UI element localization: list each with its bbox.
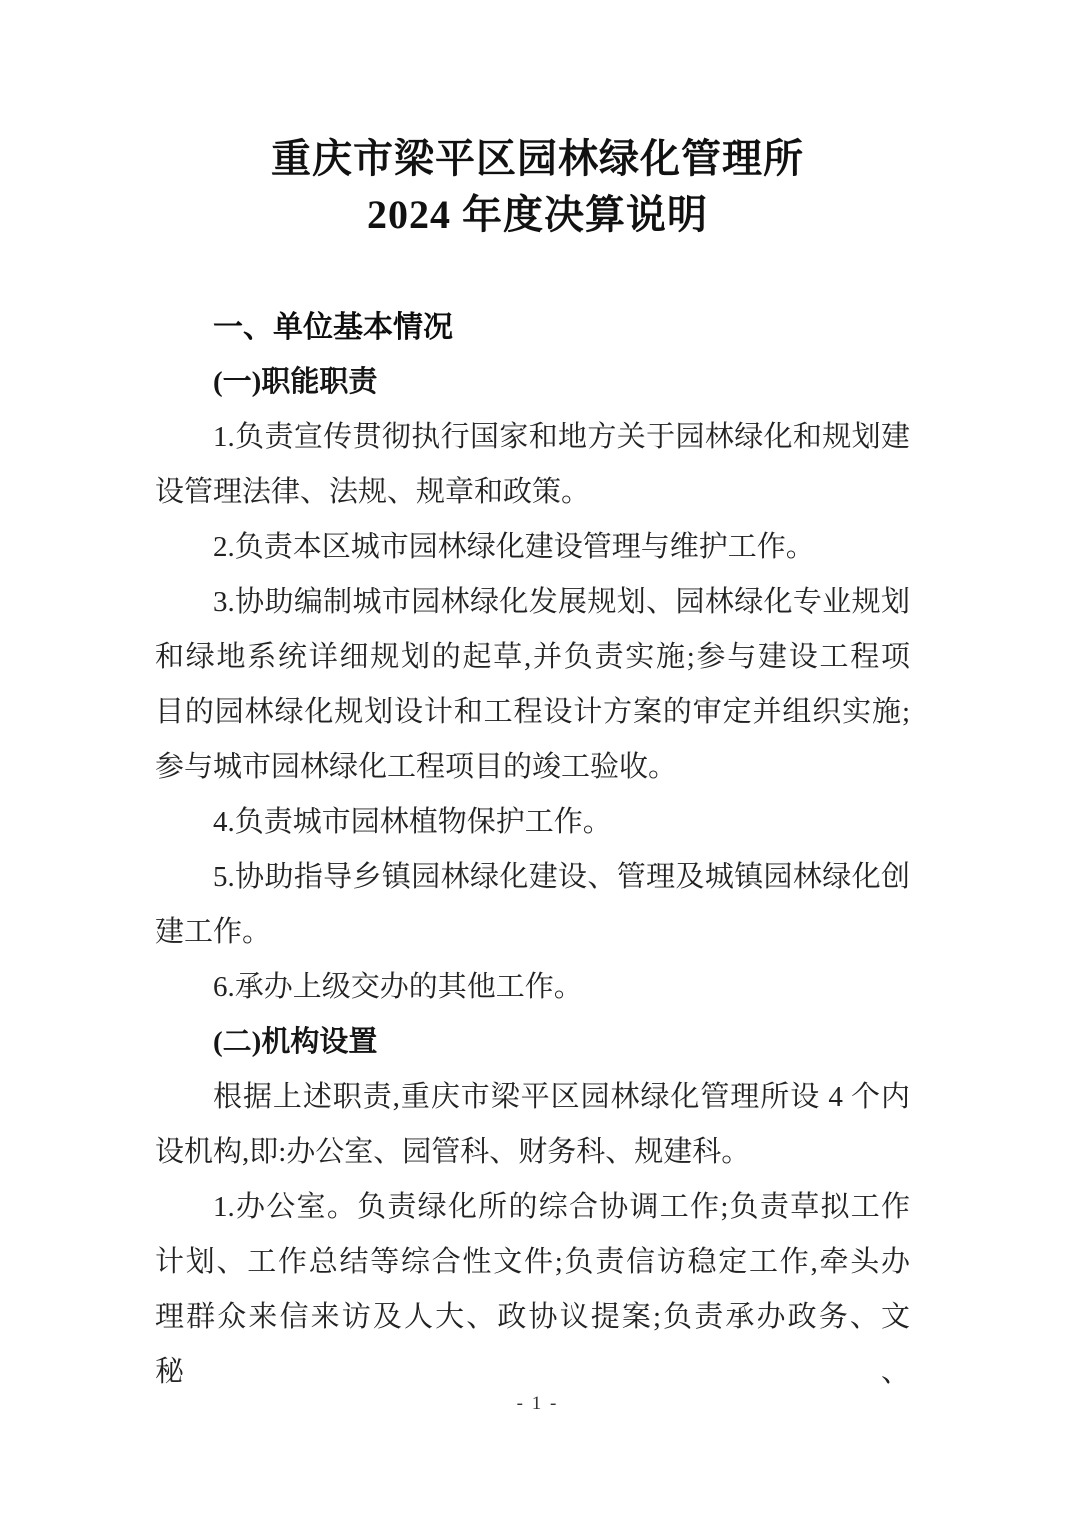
section-heading: (二)机构设置 (155, 1015, 910, 1070)
paragraph: 2.负责本区城市园林绿化建设管理与维护工作。 (155, 520, 910, 575)
document-body: 一、单位基本情况(一)职能职责1.负责宣传贯彻执行国家和地方关于园林绿化和规划建… (155, 300, 910, 1400)
text-line: (一)职能职责 (155, 355, 910, 410)
page-number: - 1 - (0, 1393, 1075, 1415)
paragraph: 3.协助编制城市园林绿化发展规划、园林绿化专业规划和绿地系统详细规划的起草,并负… (155, 575, 910, 795)
text-line: 4.负责城市园林植物保护工作。 (155, 795, 910, 850)
text-line: 建工作。 (155, 905, 910, 960)
text-line: 设管理法律、法规、规章和政策。 (155, 465, 910, 520)
text-line: 参与城市园林绿化工程项目的竣工验收。 (155, 740, 910, 795)
text-line: 理群众来信来访及人大、政协议提案;负责承办政务、文秘、 (155, 1290, 910, 1400)
document-title-line-1: 重庆市梁平区园林绿化管理所 (0, 131, 1075, 187)
text-line: 根据上述职责,重庆市梁平区园林绿化管理所设 4 个内 (155, 1070, 910, 1125)
text-line: 6.承办上级交办的其他工作。 (155, 960, 910, 1015)
text-line: 3.协助编制城市园林绿化发展规划、园林绿化专业规划 (155, 575, 910, 630)
text-line: 1.办公室。负责绿化所的综合协调工作;负责草拟工作 (155, 1180, 910, 1235)
text-line: 2.负责本区城市园林绿化建设管理与维护工作。 (155, 520, 910, 575)
text-line: 一、单位基本情况 (155, 300, 910, 355)
text-line: (二)机构设置 (155, 1015, 910, 1070)
text-line: 和绿地系统详细规划的起草,并负责实施;参与建设工程项 (155, 630, 910, 685)
section-heading: 一、单位基本情况 (155, 300, 910, 355)
text-line: 计划、工作总结等综合性文件;负责信访稳定工作,牵头办 (155, 1235, 910, 1290)
paragraph: 4.负责城市园林植物保护工作。 (155, 795, 910, 850)
paragraph: 1.办公室。负责绿化所的综合协调工作;负责草拟工作计划、工作总结等综合性文件;负… (155, 1180, 910, 1400)
paragraph: 1.负责宣传贯彻执行国家和地方关于园林绿化和规划建设管理法律、法规、规章和政策。 (155, 410, 910, 520)
text-line: 5.协助指导乡镇园林绿化建设、管理及城镇园林绿化创 (155, 850, 910, 905)
text-line: 1.负责宣传贯彻执行国家和地方关于园林绿化和规划建 (155, 410, 910, 465)
paragraph: 根据上述职责,重庆市梁平区园林绿化管理所设 4 个内设机构,即:办公室、园管科、… (155, 1070, 910, 1180)
text-line: 设机构,即:办公室、园管科、财务科、规建科。 (155, 1125, 910, 1180)
document-page: 重庆市梁平区园林绿化管理所 2024 年度决算说明 一、单位基本情况(一)职能职… (0, 0, 1075, 1520)
paragraph: 5.协助指导乡镇园林绿化建设、管理及城镇园林绿化创建工作。 (155, 850, 910, 960)
section-heading: (一)职能职责 (155, 355, 910, 410)
paragraph: 6.承办上级交办的其他工作。 (155, 960, 910, 1015)
document-title-line-2: 2024 年度决算说明 (0, 187, 1075, 243)
text-line: 目的园林绿化规划设计和工程设计方案的审定并组织实施; (155, 685, 910, 740)
document-title: 重庆市梁平区园林绿化管理所 2024 年度决算说明 (0, 0, 1075, 243)
